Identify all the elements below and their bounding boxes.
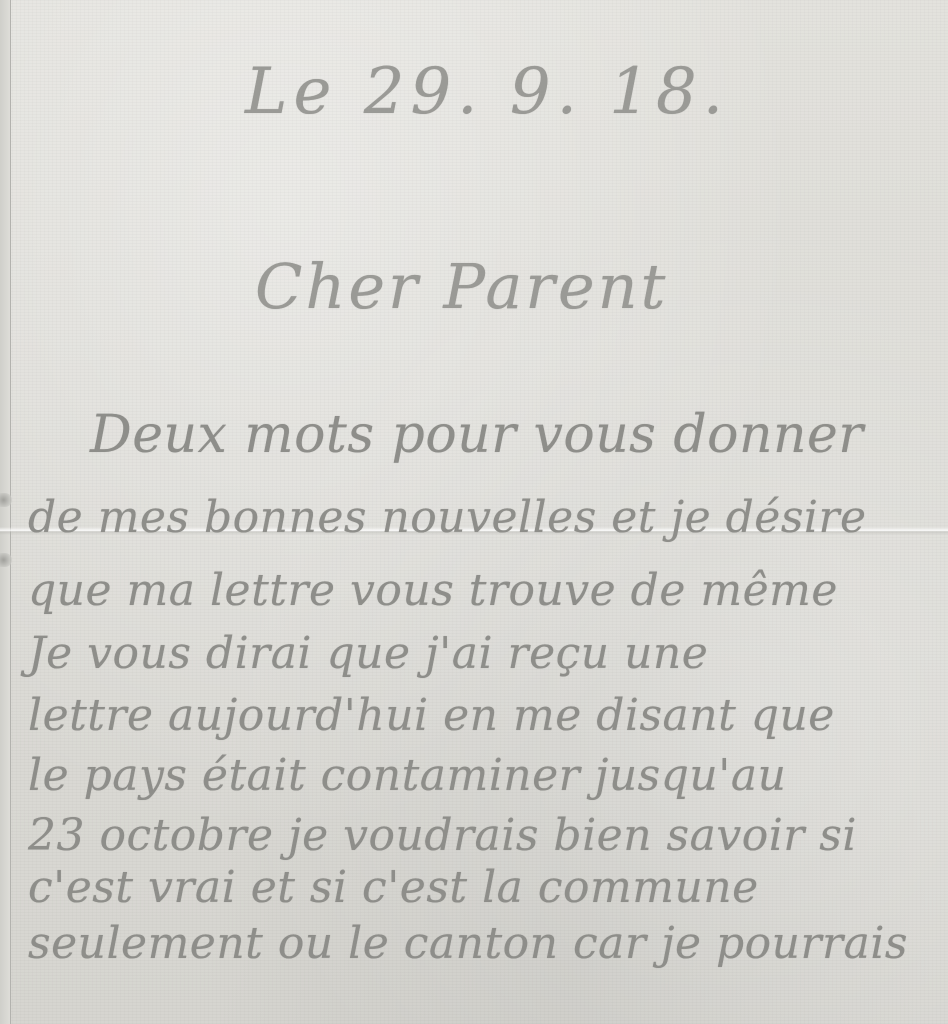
- letter-date: Le 29. 9. 18.: [245, 55, 729, 129]
- letter-paper: Le 29. 9. 18. Cher Parent Deux mots pour…: [0, 0, 948, 1024]
- letter-body-line: 23 octobre je voudrais bien savoir si: [28, 810, 857, 861]
- letter-body-line: seulement ou le canton car je pourrais: [28, 918, 908, 969]
- letter-body-line: lettre aujourd'hui en me disant que: [28, 690, 835, 741]
- letter-body-line: que ma lettre vous trouve de même: [28, 565, 838, 616]
- letter-body-line: Je vous dirai que j'ai reçu une: [28, 628, 708, 679]
- letter-salutation: Cher Parent: [255, 250, 668, 323]
- paper-left-edge: [0, 0, 11, 1024]
- letter-body-line: Deux mots pour vous donner: [90, 405, 864, 465]
- letter-body-line: c'est vrai et si c'est la commune: [28, 862, 759, 913]
- letter-body-line: de mes bonnes nouvelles et je désire: [28, 492, 867, 543]
- letter-body-line: le pays était contaminer jusqu'au: [28, 750, 786, 801]
